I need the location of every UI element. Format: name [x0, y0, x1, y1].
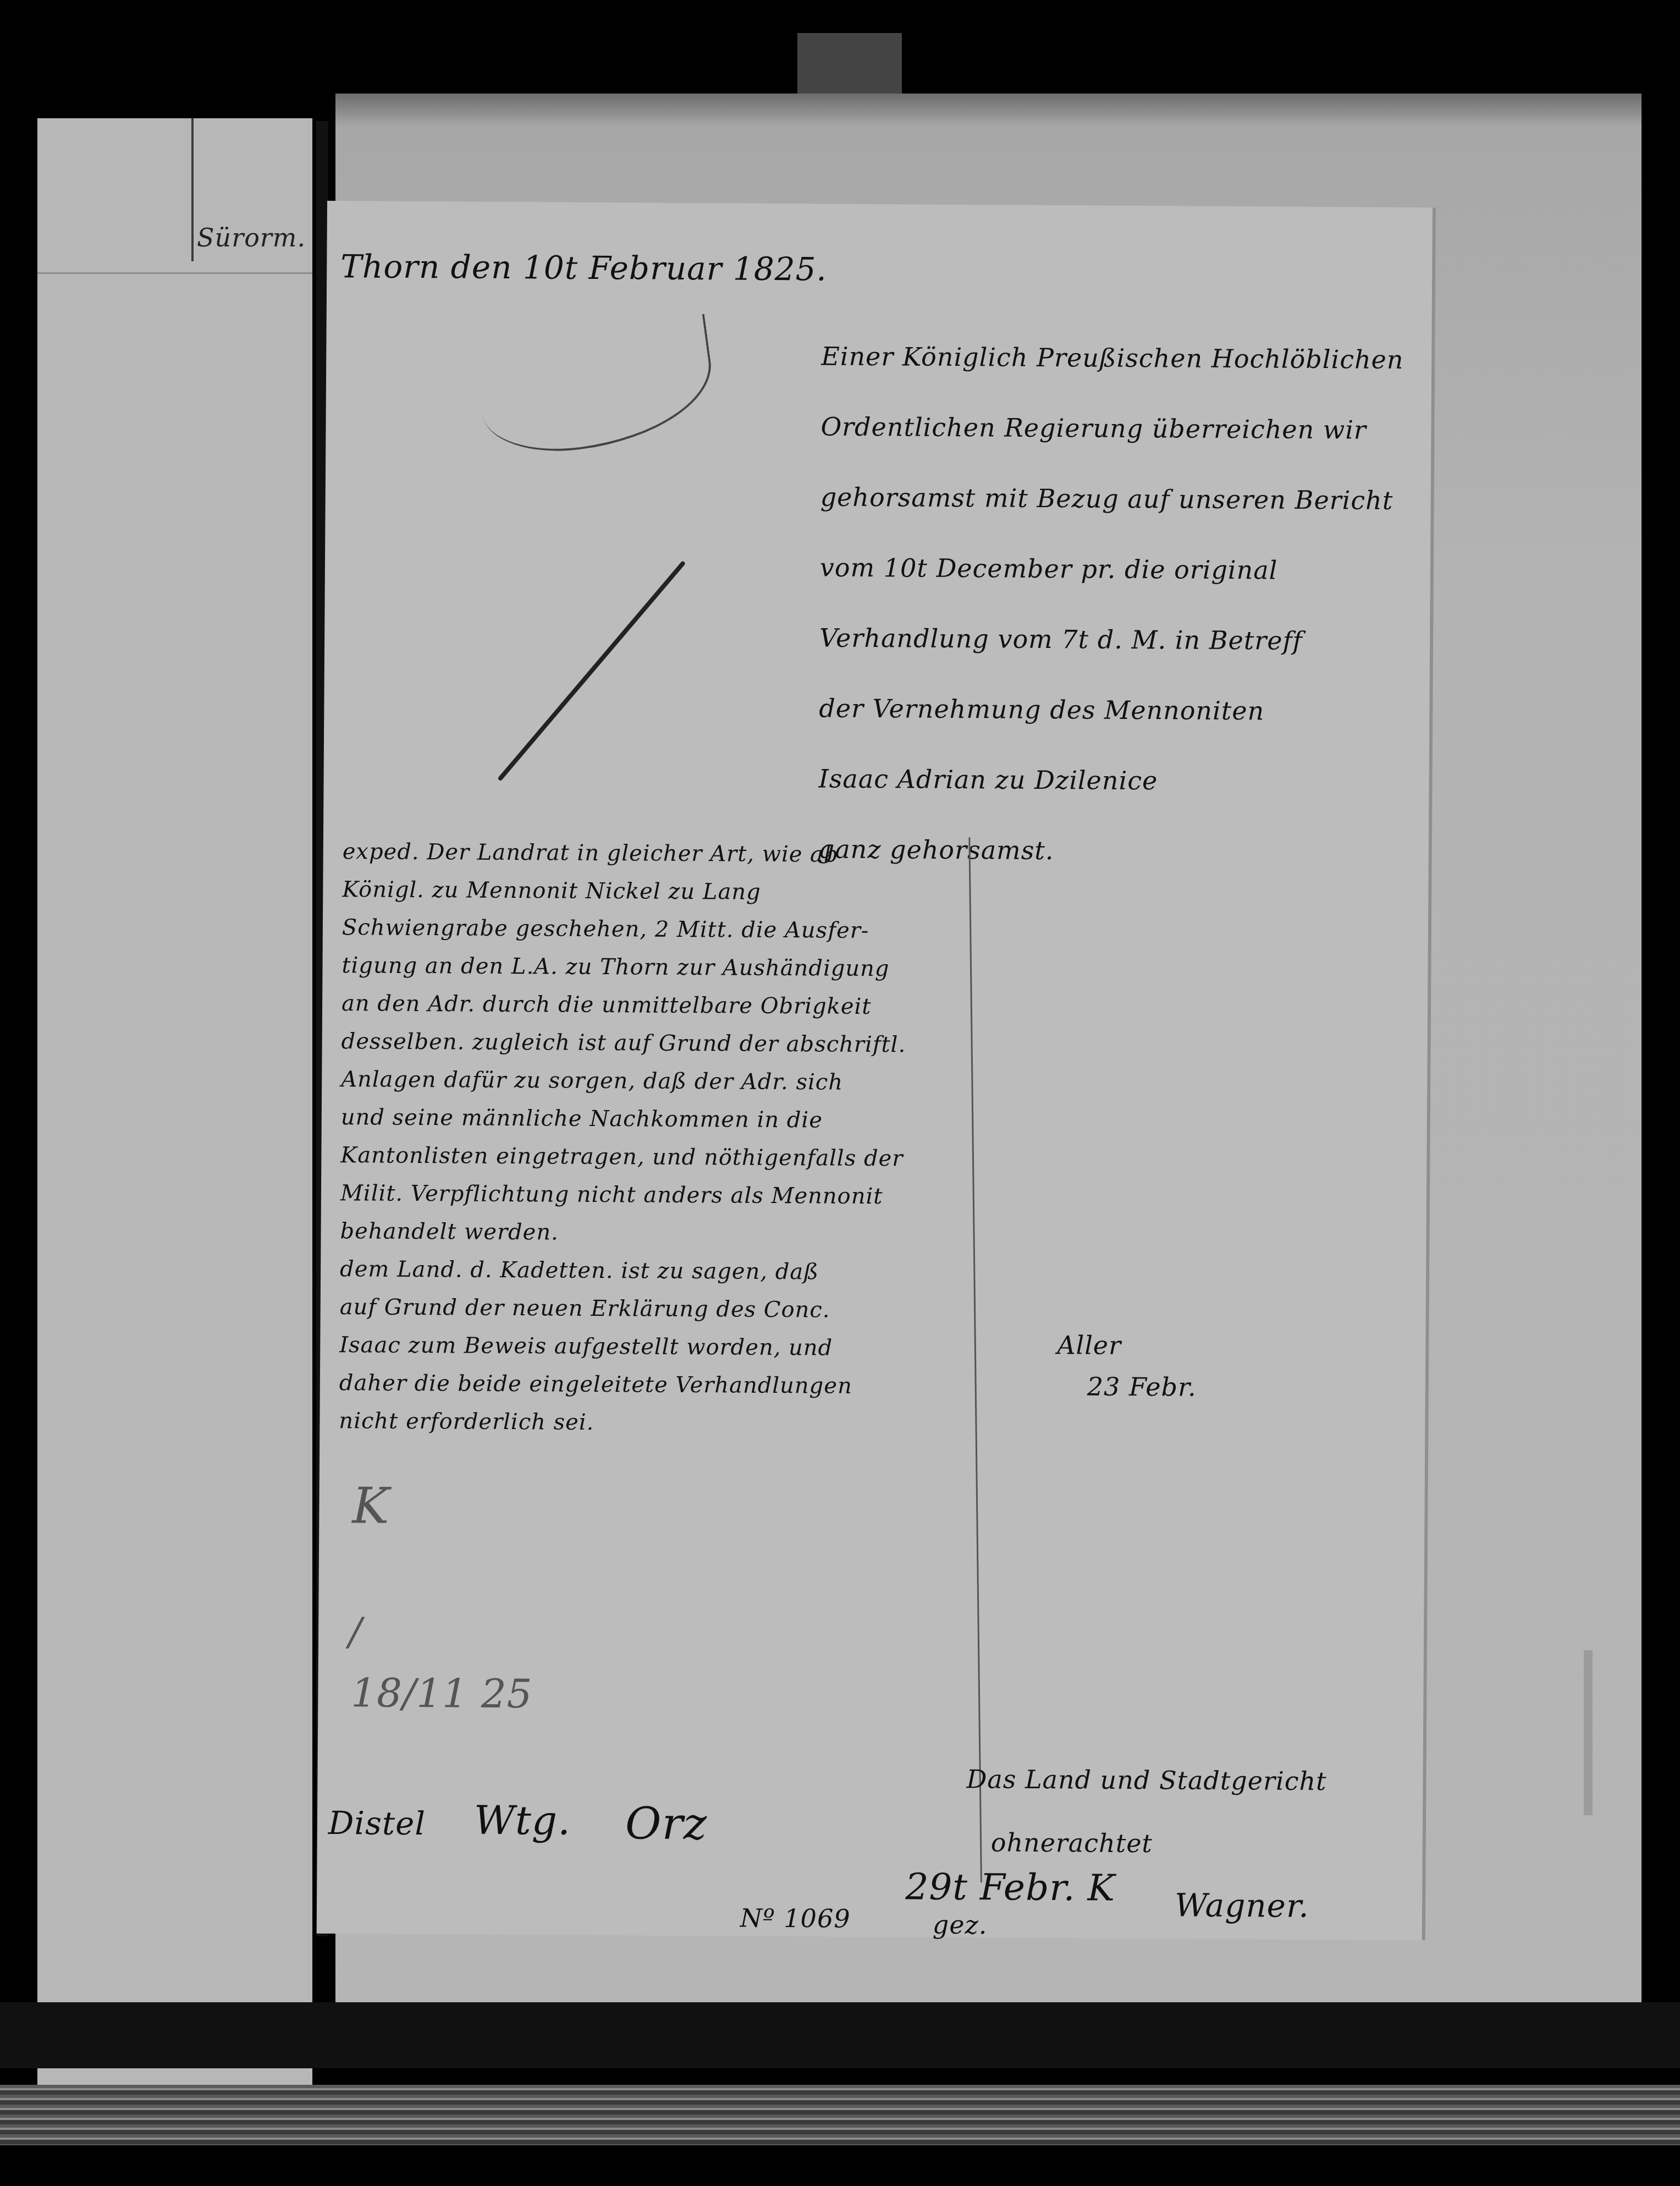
note-line: Königl. zu Mennonit Nickel zu Lang [342, 877, 1420, 921]
signature-distel: Distel [328, 1804, 426, 1842]
abbreviation: gez. [933, 1910, 988, 1940]
signature-wtg: Wtg. [474, 1797, 571, 1844]
pencil-stroke: / [349, 1609, 362, 1654]
note-line: Isaac zum Beweis aufgestellt worden, und [339, 1332, 1417, 1377]
note-line: dem Land. d. Kadetten. ist zu sagen, daß [340, 1256, 1418, 1301]
body-line: Verhandlung vom 7t d. M. in Betreff [819, 623, 1414, 697]
left-paper-strip: Sürorm. [37, 118, 312, 2121]
pencil-reference: 18/11 25 [351, 1669, 533, 1717]
document-number: Nº 1069 [740, 1903, 851, 1934]
letter-body: Einer Königlich Preußischen Hochlöbliche… [818, 341, 1415, 908]
note-line: exped. Der Landrat in gleicher Art, wie … [342, 839, 1420, 883]
left-strip-note: Sürorm. [197, 223, 306, 252]
note-line: tigung an den L.A. zu Thorn zur Aushändi… [341, 953, 1419, 997]
expedition-note: exped. Der Landrat in gleicher Art, wie … [339, 839, 1420, 1453]
note-line: Kantonlisten eingetragen, und nöthigenfa… [340, 1143, 1418, 1187]
court-title: Das Land und Stadtgericht [966, 1764, 1326, 1796]
strip-divider [191, 118, 194, 261]
note-line: desselben. zugleich ist auf Grund der ab… [341, 1029, 1419, 1073]
note-line: nicht erforderlich sei. [339, 1408, 1417, 1453]
letter-sheet: Thorn den 10t Februar 1825. Einer Königl… [317, 201, 1436, 1940]
pencil-mark-k: K [352, 1477, 390, 1535]
body-line: der Vernehmung des Mennoniten [819, 693, 1413, 767]
scan-ruler-edge [0, 2085, 1680, 2145]
received-date: 29t Febr. K [905, 1865, 1115, 1909]
note-line: auf Grund der neuen Erklärung des Conc. [339, 1294, 1417, 1339]
body-line: Ordentlichen Regierung überreichen wir [820, 411, 1415, 486]
note-date: 23 Febr. [1087, 1371, 1197, 1402]
note-line: und seine männliche Nachkommen in die [341, 1105, 1419, 1149]
note-line: Schwiengrabe geschehen, 2 Mitt. die Ausf… [342, 915, 1420, 959]
note-line: behandelt werden. [340, 1218, 1418, 1263]
note-line: an den Adr. durch die unmittelbare Obrig… [341, 991, 1419, 1035]
body-line: Isaac Adrian zu Dzilenice [818, 764, 1413, 838]
binding-tab [797, 33, 902, 99]
scan-bottom-edge [0, 2002, 1680, 2068]
body-line: Einer Königlich Preußischen Hochlöbliche… [821, 341, 1415, 415]
note-line: Anlagen dafür zu sorgen, daß der Adr. si… [341, 1067, 1419, 1111]
court-word: ohnerachtet [991, 1827, 1153, 1858]
initials-signature: Aller [1057, 1330, 1121, 1360]
fold-mark [1584, 1650, 1593, 1815]
header-flourish [473, 314, 720, 462]
body-line: gehorsamst mit Bezug auf unseren Bericht [820, 482, 1414, 556]
diagonal-stroke [497, 561, 686, 781]
body-line: vom 10t December pr. die original [819, 552, 1414, 627]
note-line: daher die beide eingeleitete Verhandlung… [339, 1370, 1417, 1415]
signature-orz: Orz [625, 1798, 708, 1849]
signature-right: Wagner. [1175, 1886, 1309, 1924]
strip-fold-line [37, 272, 312, 274]
note-line: Milit. Verpflichtung nicht anders als Me… [340, 1180, 1418, 1225]
paper-stain [335, 94, 1642, 127]
place-date-header: Thorn den 10t Februar 1825. [340, 248, 827, 288]
